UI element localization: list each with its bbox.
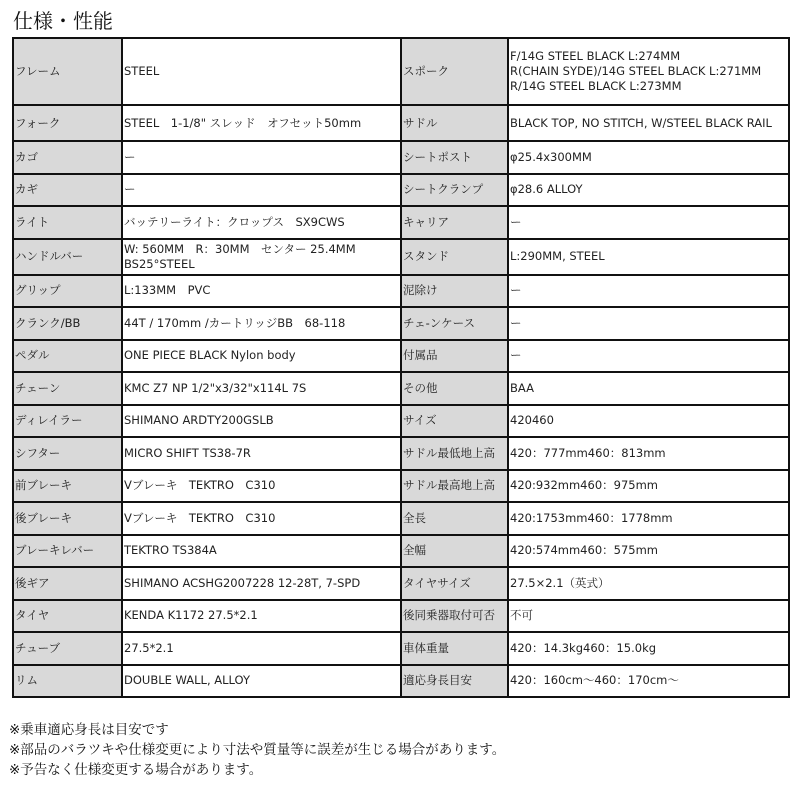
spec-label: スタンド [401, 239, 508, 275]
spec-value: ー [508, 206, 789, 239]
spec-value: ー [122, 141, 401, 174]
spec-value: 420:574mm460：575mm [508, 535, 789, 568]
spec-label: フォーク [13, 105, 122, 141]
spec-label: その他 [401, 372, 508, 405]
spec-value-line: Vブレーキ TEKTRO C310 [124, 511, 399, 526]
spec-value-line: DOUBLE WALL, ALLOY [124, 673, 399, 688]
spec-value: ONE PIECE BLACK Nylon body [122, 340, 401, 373]
spec-label: タイヤ [13, 600, 122, 633]
table-row: チューブ27.5*2.1車体重量420：14.3kg460：15.0kg [13, 632, 789, 665]
table-row: ブレーキレバーTEKTRO TS384A全幅420:574mm460：575mm [13, 535, 789, 568]
note-1: ※乗車適応身長は目安です [9, 720, 505, 740]
spec-label: 後同乗器取付可否 [401, 600, 508, 633]
spec-label: シートクランプ [401, 174, 508, 207]
spec-label: チェーン [13, 372, 122, 405]
spec-label: 車体重量 [401, 632, 508, 665]
spec-label: サイズ [401, 405, 508, 438]
spec-label: シフター [13, 437, 122, 470]
spec-value: L:290MM, STEEL [508, 239, 789, 275]
spec-table: フレームSTEELスポークF/14G STEEL BLACK L:274MMR(… [12, 37, 790, 698]
spec-value-line: ONE PIECE BLACK Nylon body [124, 348, 399, 363]
spec-label: サドル最低地上高 [401, 437, 508, 470]
spec-value: ー [508, 340, 789, 373]
spec-value: 27.5*2.1 [122, 632, 401, 665]
spec-value-line: 420：160cm〜460：170cm〜 [510, 673, 787, 688]
table-row: チェーンKMC Z7 NP 1/2"x3/32"x114L 7Sその他BAA [13, 372, 789, 405]
spec-value-line: 27.5×2.1（英式） [510, 576, 787, 591]
spec-value-line: 420：777mm460：813mm [510, 446, 787, 461]
spec-label: シートポスト [401, 141, 508, 174]
spec-value-line: TEKTRO TS384A [124, 543, 399, 558]
spec-value: DOUBLE WALL, ALLOY [122, 665, 401, 698]
table-row: ハンドルバーW: 560MM R：30MM センター 25.4MMBS25°ST… [13, 239, 789, 275]
spec-value-line: MICRO SHIFT TS38-7R [124, 446, 399, 461]
spec-value: BAA [508, 372, 789, 405]
spec-value: Vブレーキ TEKTRO C310 [122, 502, 401, 535]
spec-value-line: ー [124, 182, 399, 197]
spec-value-line: KENDA K1172 27.5*2.1 [124, 608, 399, 623]
table-row: ディレイラーSHIMANO ARDTY200GSLBサイズ420460 [13, 405, 789, 438]
spec-label: タイヤサイズ [401, 567, 508, 600]
spec-value: STEEL [122, 38, 401, 105]
spec-label: 後ギア [13, 567, 122, 600]
spec-value: バッテリーライト：クロップス SX9CWS [122, 206, 401, 239]
spec-value-line: ー [510, 348, 787, 363]
spec-label: サドル最高地上高 [401, 470, 508, 503]
spec-label: ライト [13, 206, 122, 239]
spec-value: 420：160cm〜460：170cm〜 [508, 665, 789, 698]
spec-value: KMC Z7 NP 1/2"x3/32"x114L 7S [122, 372, 401, 405]
spec-value-line: 420：14.3kg460：15.0kg [510, 641, 787, 656]
spec-value: 不可 [508, 600, 789, 633]
spec-value: TEKTRO TS384A [122, 535, 401, 568]
spec-value-line: SHIMANO ACSHG2007228 12-28T, 7-SPD [124, 576, 399, 591]
spec-label: ペダル [13, 340, 122, 373]
page-title: 仕様・性能 [13, 8, 113, 34]
spec-value-line: BS25°STEEL [124, 257, 399, 272]
spec-value-line: KMC Z7 NP 1/2"x3/32"x114L 7S [124, 381, 399, 396]
spec-value-line: 420:932mm460：975mm [510, 478, 787, 493]
spec-value: ー [508, 275, 789, 308]
spec-value: W: 560MM R：30MM センター 25.4MMBS25°STEEL [122, 239, 401, 275]
spec-label: 前ブレーキ [13, 470, 122, 503]
spec-value: 420460 [508, 405, 789, 438]
spec-value: SHIMANO ARDTY200GSLB [122, 405, 401, 438]
spec-value: STEEL 1-1/8" スレッド オフセット50mm [122, 105, 401, 141]
spec-value-line: 420460 [510, 413, 787, 428]
spec-label: クランク/BB [13, 307, 122, 340]
table-row: ペダルONE PIECE BLACK Nylon body付属品ー [13, 340, 789, 373]
spec-value-line: BLACK TOP, NO STITCH, W/STEEL BLACK RAIL [510, 116, 787, 131]
spec-value: L:133MM PVC [122, 275, 401, 308]
spec-label: ブレーキレバー [13, 535, 122, 568]
spec-value-line: Vブレーキ TEKTRO C310 [124, 478, 399, 493]
spec-value-line: L:133MM PVC [124, 283, 399, 298]
spec-label: 後ブレーキ [13, 502, 122, 535]
spec-value: 27.5×2.1（英式） [508, 567, 789, 600]
table-row: 前ブレーキVブレーキ TEKTRO C310サドル最高地上高420:932mm4… [13, 470, 789, 503]
spec-value: KENDA K1172 27.5*2.1 [122, 600, 401, 633]
spec-label: 泥除け [401, 275, 508, 308]
spec-value-line: ー [124, 150, 399, 165]
spec-value: 420:1753mm460：1778mm [508, 502, 789, 535]
spec-label: スポーク [401, 38, 508, 105]
table-row: ライトバッテリーライト：クロップス SX9CWSキャリアー [13, 206, 789, 239]
table-row: フレームSTEELスポークF/14G STEEL BLACK L:274MMR(… [13, 38, 789, 105]
spec-label: サドル [401, 105, 508, 141]
spec-label: ハンドルバー [13, 239, 122, 275]
spec-value-line: φ28.6 ALLOY [510, 182, 787, 197]
table-row: グリップL:133MM PVC泥除けー [13, 275, 789, 308]
spec-value: SHIMANO ACSHG2007228 12-28T, 7-SPD [122, 567, 401, 600]
spec-value-line: L:290MM, STEEL [510, 249, 787, 264]
spec-label: チューブ [13, 632, 122, 665]
spec-value-line: STEEL [124, 64, 399, 79]
spec-value-line: 44T / 170mm /カートリッジBB 68-118 [124, 316, 399, 331]
spec-value: Vブレーキ TEKTRO C310 [122, 470, 401, 503]
spec-value-line: 27.5*2.1 [124, 641, 399, 656]
spec-value: 44T / 170mm /カートリッジBB 68-118 [122, 307, 401, 340]
spec-value-line: STEEL 1-1/8" スレッド オフセット50mm [124, 116, 399, 131]
table-row: 後ギアSHIMANO ACSHG2007228 12-28T, 7-SPDタイヤ… [13, 567, 789, 600]
spec-value: BLACK TOP, NO STITCH, W/STEEL BLACK RAIL [508, 105, 789, 141]
spec-label: キャリア [401, 206, 508, 239]
spec-label: グリップ [13, 275, 122, 308]
table-row: カギーシートクランプφ28.6 ALLOY [13, 174, 789, 207]
spec-value-line: BAA [510, 381, 787, 396]
table-row: クランク/BB44T / 170mm /カートリッジBB 68-118チェ-ンケ… [13, 307, 789, 340]
spec-value-line: R(CHAIN SYDE)/14G STEEL BLACK L:271MM [510, 64, 787, 79]
spec-value: F/14G STEEL BLACK L:274MMR(CHAIN SYDE)/1… [508, 38, 789, 105]
spec-value: 420：14.3kg460：15.0kg [508, 632, 789, 665]
spec-value-line: SHIMANO ARDTY200GSLB [124, 413, 399, 428]
spec-value: 420：777mm460：813mm [508, 437, 789, 470]
spec-value-line: 420:574mm460：575mm [510, 543, 787, 558]
spec-value: φ28.6 ALLOY [508, 174, 789, 207]
spec-label: 付属品 [401, 340, 508, 373]
spec-value: MICRO SHIFT TS38-7R [122, 437, 401, 470]
spec-label: リム [13, 665, 122, 698]
spec-value: ー [122, 174, 401, 207]
spec-label: ディレイラー [13, 405, 122, 438]
table-row: 後ブレーキVブレーキ TEKTRO C310全長420:1753mm460：17… [13, 502, 789, 535]
spec-label: 適応身長目安 [401, 665, 508, 698]
spec-label: カゴ [13, 141, 122, 174]
table-row: リムDOUBLE WALL, ALLOY適応身長目安420：160cm〜460：… [13, 665, 789, 698]
spec-value-line: 420:1753mm460：1778mm [510, 511, 787, 526]
spec-value-line: F/14G STEEL BLACK L:274MM [510, 49, 787, 64]
spec-value-line: ー [510, 283, 787, 298]
table-row: シフターMICRO SHIFT TS38-7Rサドル最低地上高420：777mm… [13, 437, 789, 470]
spec-value: φ25.4x300MM [508, 141, 789, 174]
note-3: ※予告なく仕様変更する場合があります。 [9, 760, 505, 780]
spec-value-line: φ25.4x300MM [510, 150, 787, 165]
spec-value-line: ー [510, 316, 787, 331]
spec-label: チェ-ンケース [401, 307, 508, 340]
notes: ※乗車適応身長は目安です ※部品のバラツキや仕様変更により寸法や質量等に誤差が生… [9, 720, 505, 780]
table-row: カゴーシートポストφ25.4x300MM [13, 141, 789, 174]
table-row: タイヤKENDA K1172 27.5*2.1後同乗器取付可否不可 [13, 600, 789, 633]
spec-label: カギ [13, 174, 122, 207]
spec-value-line: ー [510, 215, 787, 230]
spec-value-line: W: 560MM R：30MM センター 25.4MM [124, 242, 399, 257]
note-2: ※部品のバラツキや仕様変更により寸法や質量等に誤差が生じる場合があります。 [9, 740, 505, 760]
spec-value-line: バッテリーライト：クロップス SX9CWS [124, 215, 399, 230]
spec-value-line: 不可 [510, 608, 787, 623]
spec-value: ー [508, 307, 789, 340]
table-row: フォークSTEEL 1-1/8" スレッド オフセット50mmサドルBLACK … [13, 105, 789, 141]
spec-label: 全幅 [401, 535, 508, 568]
spec-label: 全長 [401, 502, 508, 535]
spec-label: フレーム [13, 38, 122, 105]
spec-value: 420:932mm460：975mm [508, 470, 789, 503]
spec-value-line: R/14G STEEL BLACK L:273MM [510, 79, 787, 94]
